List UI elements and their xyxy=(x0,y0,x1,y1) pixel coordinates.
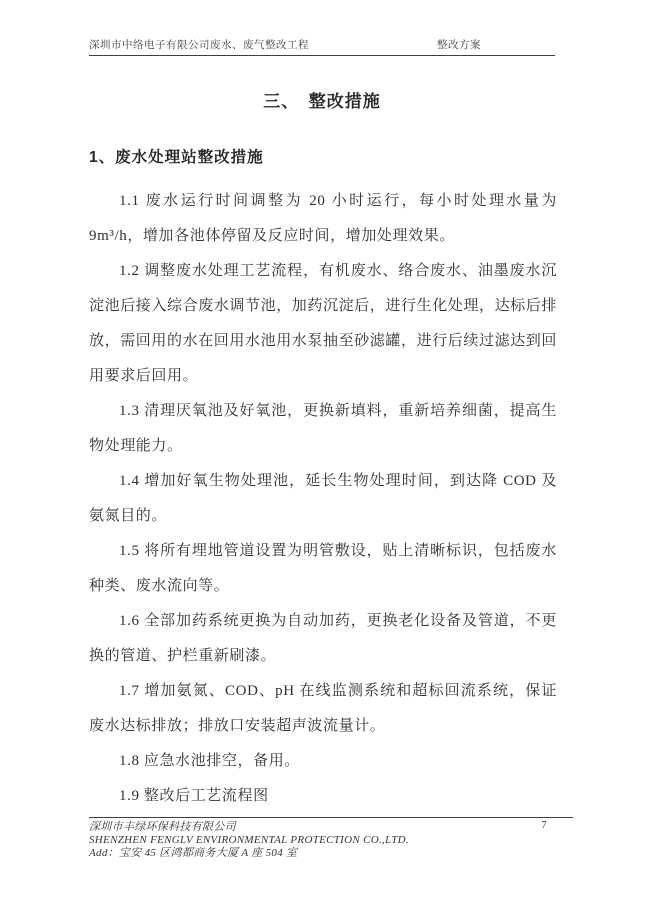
footer-company-en: SHENZHEN FENGLV ENVIRONMENTAL PROTECTION… xyxy=(89,834,573,847)
footer-company-cn: 深圳市丰绿环保科技有限公司 xyxy=(89,821,573,834)
header-doc-type: 整改方案 xyxy=(437,37,481,52)
paragraph-1-9: 1.9 整改后工艺流程图 xyxy=(89,779,557,814)
section-heading: 1、废水处理站整改措施 xyxy=(89,145,264,167)
paragraph-1-4: 1.4 增加好氧生物处理池，延长生物处理时间，到达降 COD 及氨氮目的。 xyxy=(89,464,557,534)
paragraph-1-8: 1.8 应急水池排空，备用。 xyxy=(89,744,557,779)
paragraph-1-6: 1.6 全部加药系统更换为自动加药，更换老化设备及管道，不更换的管道、护栏重新刷… xyxy=(89,604,557,674)
paragraph-1-5: 1.5 将所有埋地管道设置为明管敷设，贴上清晰标识，包括废水种类、废水流向等。 xyxy=(89,534,557,604)
chapter-title: 三、 整改措施 xyxy=(89,87,555,112)
footer-address: Add：宝安 45 区鸿都商务大厦 A 座 504 室 xyxy=(89,847,573,860)
paragraph-1-1: 1.1 废水运行时间调整为 20 小时运行，每小时处理水量为 9m³/h，增加各… xyxy=(89,184,557,254)
page-number: 7 xyxy=(541,819,547,832)
header-project-title: 深圳市中络电子有限公司废水、废气整改工程 xyxy=(89,37,309,52)
page-header: 深圳市中络电子有限公司废水、废气整改工程 整改方案 xyxy=(89,37,555,56)
document-page: 深圳市中络电子有限公司废水、废气整改工程 整改方案 三、 整改措施 1、废水处理… xyxy=(0,0,646,914)
paragraph-1-2: 1.2 调整废水处理工艺流程，有机废水、络合废水、油墨废水沉淀池后接入综合废水调… xyxy=(89,254,557,394)
page-footer: 7 深圳市丰绿环保科技有限公司 SHENZHEN FENGLV ENVIRONM… xyxy=(89,817,573,860)
paragraph-1-7: 1.7 增加氨氮、COD、pH 在线监测系统和超标回流系统，保证废水达标排放；排… xyxy=(89,674,557,744)
paragraph-1-3: 1.3 清理厌氧池及好氧池，更换新填料，重新培养细菌，提高生物处理能力。 xyxy=(89,394,557,464)
document-body: 1.1 废水运行时间调整为 20 小时运行，每小时处理水量为 9m³/h，增加各… xyxy=(89,184,557,814)
